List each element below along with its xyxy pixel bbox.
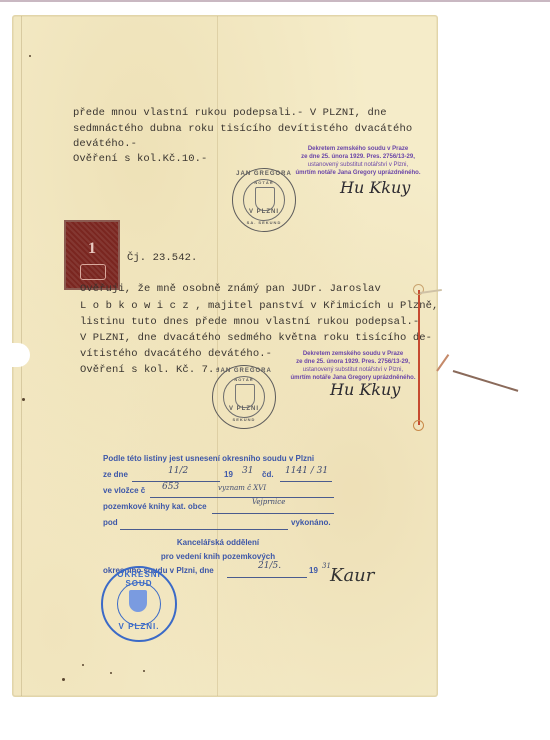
typed-line: L o b k o w i c z , majitel panství v Kř…: [80, 300, 438, 312]
fill-line: [280, 481, 332, 482]
stamp-value: 1: [66, 240, 118, 258]
notary-signature: Hu Kkuy: [330, 380, 400, 399]
notary-seal: JAN GREGORA NOTÁŘ V PLZNI SA. SEKUND: [232, 168, 296, 232]
reference-number: Čj. 23.542.: [127, 252, 197, 264]
coat-of-arms-icon: [255, 187, 275, 211]
notary-seal: JAN GREGORA NOTÁŘ V PLZNI SEKUND: [212, 365, 276, 429]
stain: [62, 678, 65, 681]
lion-icon: [80, 264, 106, 280]
seal-text: V PLZNI: [213, 406, 275, 412]
stamp-line: ustanovený substitut notářství v Plzni,: [288, 161, 428, 169]
stain: [143, 670, 145, 672]
coat-of-arms-icon: [235, 384, 255, 408]
typed-line: Ověřuji, že mně osobně známý pan JUDr. J…: [80, 283, 381, 295]
seal-text: NOTÁŘ: [213, 377, 275, 382]
string-tail: [436, 354, 449, 372]
substitute-notary-stamp: Dekretem zemského soudu v Praze ze dne 2…: [288, 145, 428, 177]
handwritten-municipality: Vejprnice: [252, 498, 285, 506]
handwritten-note: vyznam č XVI: [218, 484, 266, 492]
form-label: pod: [103, 518, 118, 527]
form-heading: Podle této listiny jest usnesení okresní…: [103, 454, 314, 463]
handwritten-case-number: 1141 / 31: [285, 466, 328, 476]
stain: [82, 664, 84, 666]
form-label: vykonáno.: [291, 518, 331, 527]
form-label: ve vložce č: [103, 486, 145, 495]
handwritten-year: 31: [242, 466, 253, 476]
office-line: pro vedení knih pozemkových: [103, 552, 333, 561]
stamp-line: úmrtím notáře Jana Gregory uprázdněného.: [288, 169, 428, 177]
seal-text: SA. SEKUND: [233, 220, 295, 225]
fee-line: Ověření s kol.Kč.10.-: [73, 153, 207, 165]
revenue-stamp: 1: [66, 222, 118, 288]
form-label: 19: [309, 566, 318, 575]
binding-string: [418, 290, 420, 425]
typed-line: listinu tuto dnes přede mnou vlastní ruk…: [80, 316, 419, 328]
stamp-line: ze dne 25. února 1929. Pres. 2756/13-29,: [288, 153, 428, 161]
handwritten-entry-number: 653: [162, 482, 179, 492]
typed-line: vítistého dvacátého devátého.-: [80, 348, 272, 360]
typed-line: V PLZNI, dne dvacátého sedmého května ro…: [80, 332, 432, 344]
string-tail: [453, 370, 519, 392]
form-label: ze dne: [103, 470, 128, 479]
fee-line: Ověření s kol. Kč. 7.-: [80, 364, 221, 376]
fill-line: [212, 513, 334, 514]
stamp-line: Dekretem zemského soudu v Praze: [288, 145, 428, 153]
fill-line: [120, 529, 288, 530]
typed-line: devátého.-: [73, 138, 137, 150]
seal-text: V PLZNI.: [103, 622, 175, 631]
notary-signature: Hu Kkuy: [340, 178, 410, 197]
handwritten-date: 11/2: [168, 466, 188, 476]
seal-text: JAN GREGORA: [233, 171, 295, 177]
seal-text: V PLZNI: [233, 209, 295, 215]
top-border: [0, 0, 550, 2]
form-label: 19: [224, 470, 233, 479]
stain: [110, 672, 112, 674]
seal-text: SEKUND: [213, 417, 275, 422]
typed-line: přede mnou vlastní rukou podepsali.- V P…: [73, 107, 387, 119]
lion-shield-icon: [129, 590, 147, 612]
stamp-line: Dekretem zemského soudu v Praze: [283, 350, 423, 358]
form-label: pozemkové knihy kat. obce: [103, 502, 207, 511]
seal-text: JAN GREGORA: [213, 368, 275, 374]
office-line: Kancelářská oddělení: [103, 538, 333, 547]
seal-text: NOTÁŘ: [233, 180, 295, 185]
string-knot: [413, 420, 424, 431]
stain: [29, 55, 31, 57]
clerk-signature: Kaur: [330, 565, 374, 586]
district-court-seal: OKRESNÍ SOUD V PLZNI.: [101, 566, 177, 642]
seal-text: OKRESNÍ SOUD: [103, 570, 175, 588]
fill-line: [227, 577, 307, 578]
stamp-line: ze dne 25. února 1929. Pres. 2756/13-29,: [283, 358, 423, 366]
stain: [22, 398, 25, 401]
form-label: čd.: [262, 470, 274, 479]
substitute-notary-stamp: Dekretem zemského soudu v Praze ze dne 2…: [283, 350, 423, 382]
handwritten-office-date: 21/5.: [258, 561, 281, 571]
stamp-line: ustanovený substitut notářství v Plzni,: [283, 366, 423, 374]
fill-line: [150, 497, 334, 498]
typed-line: sedmnáctého dubna roku tisícího devítist…: [73, 123, 412, 135]
